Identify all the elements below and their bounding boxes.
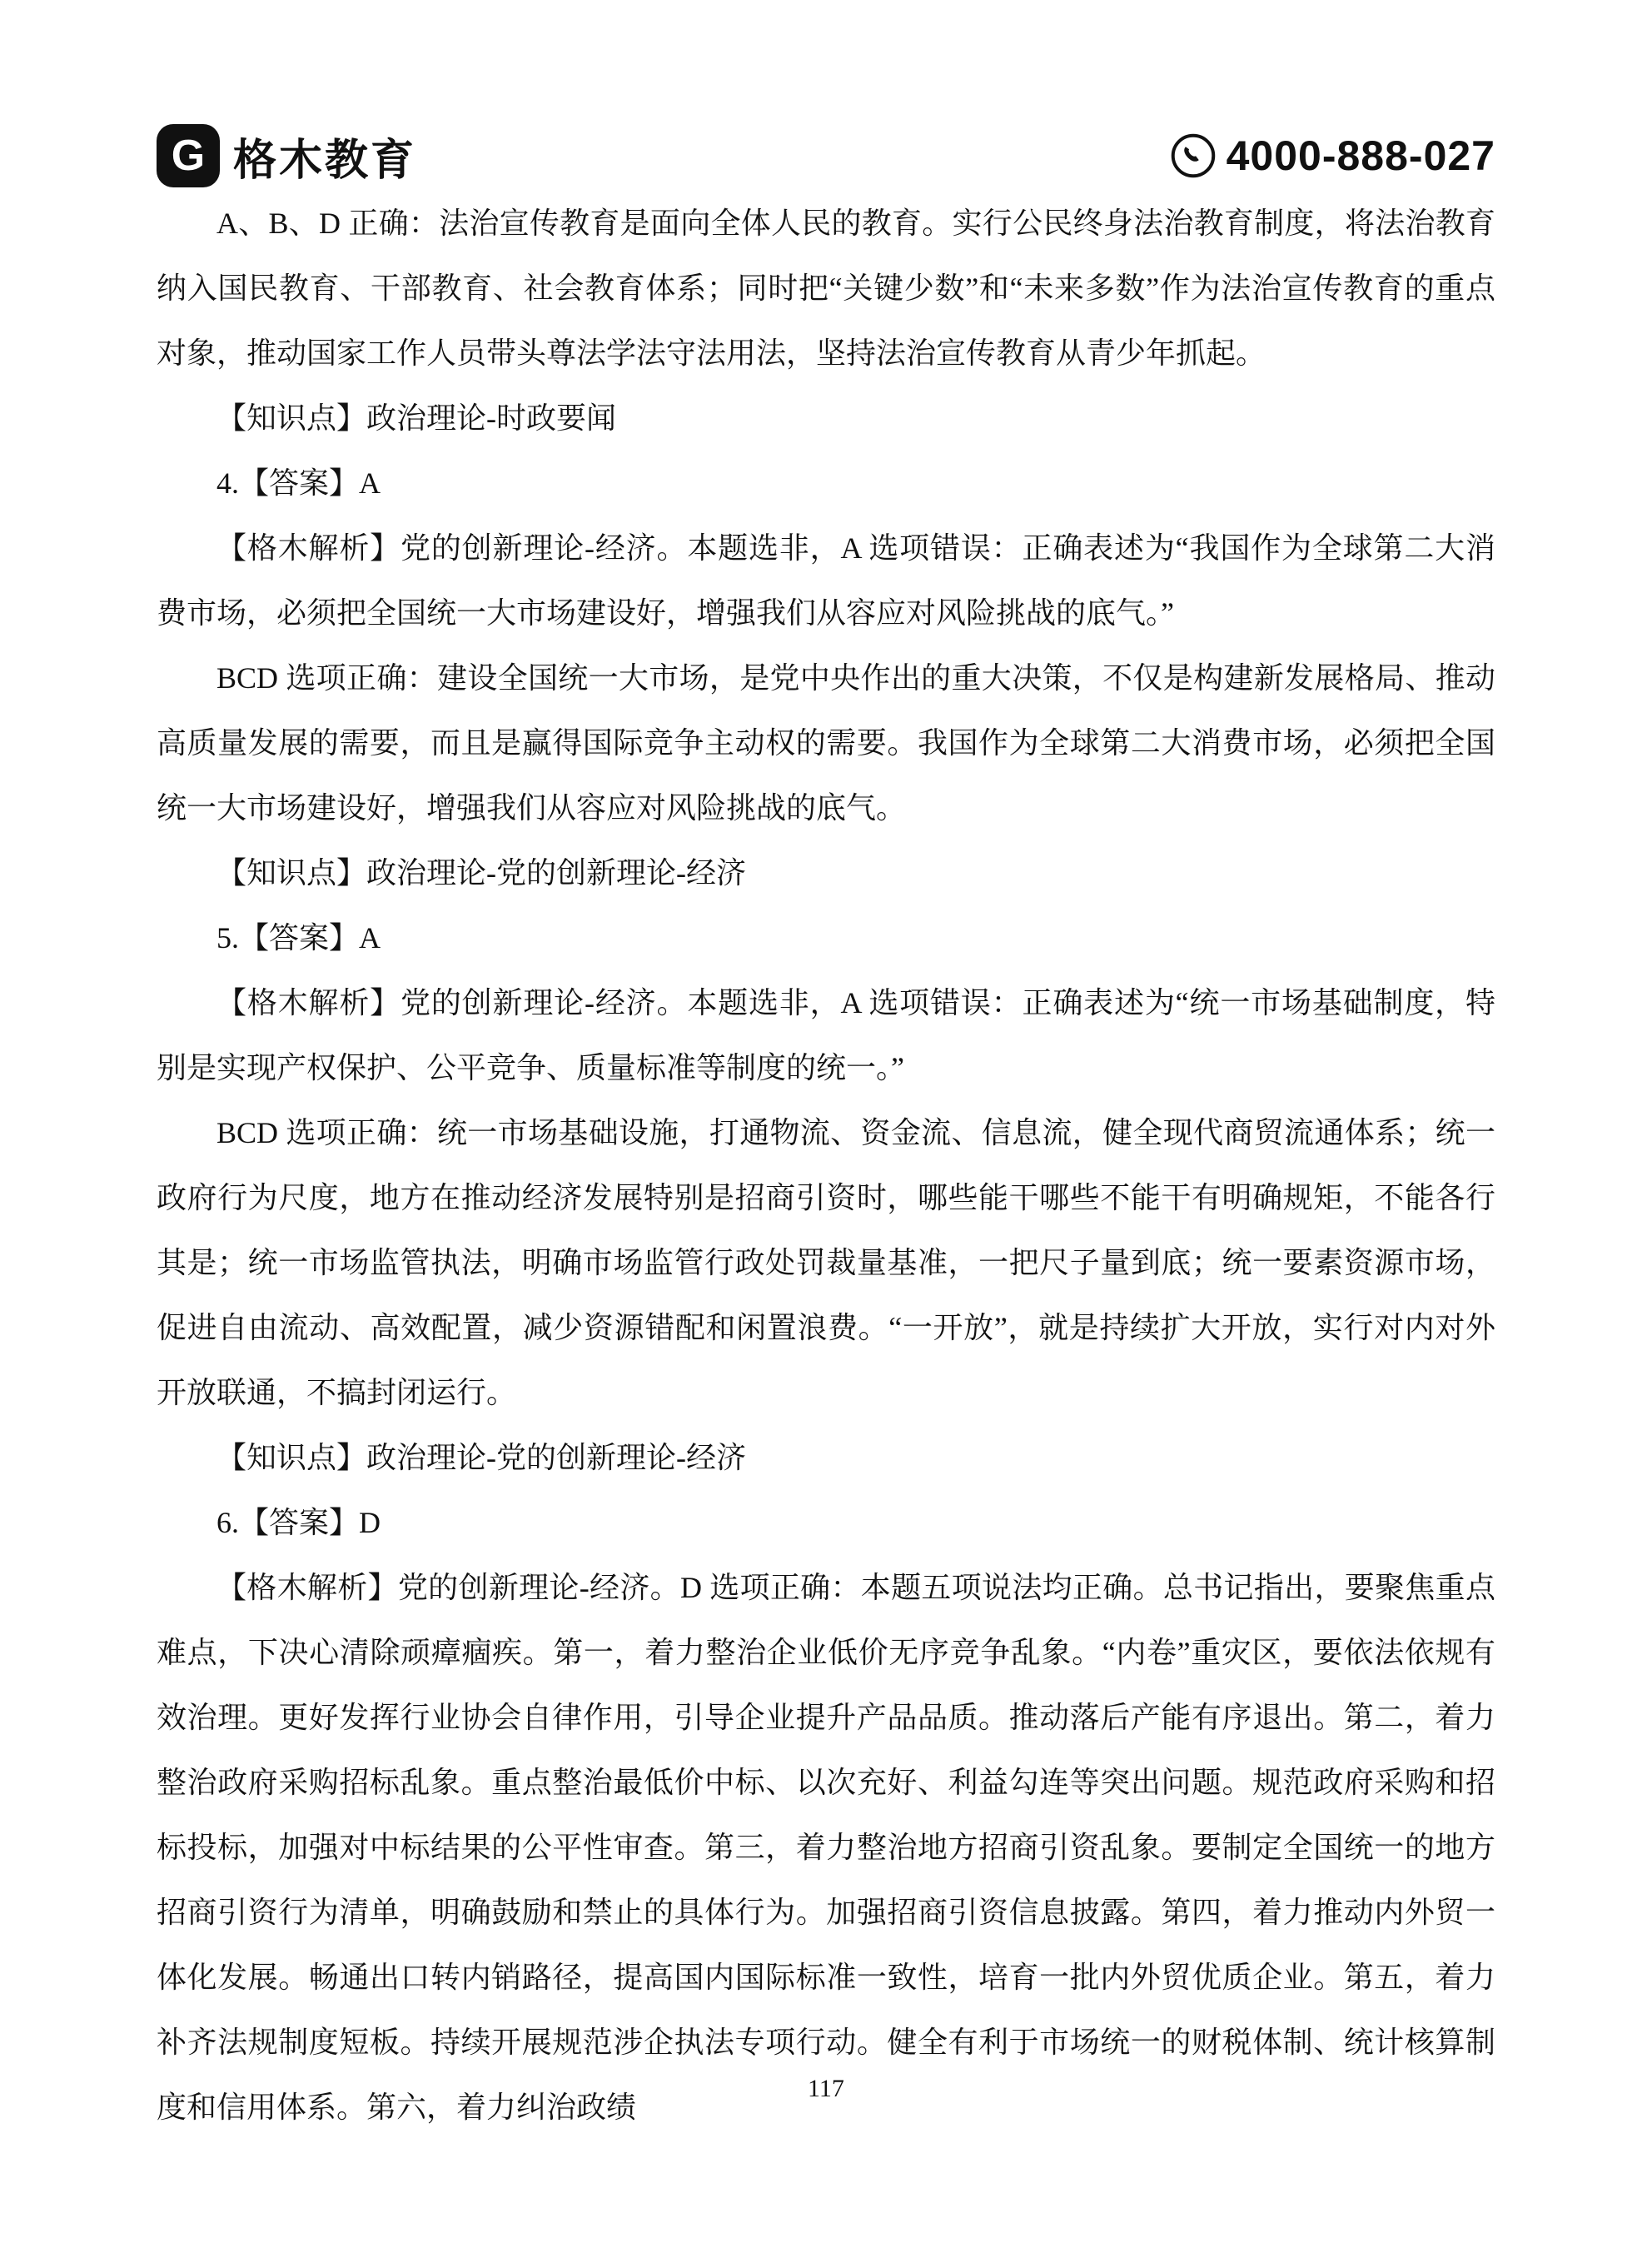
paragraph-q6-analysis: 【格木解析】党的创新理论-经济。D 选项正确：本题五项说法均正确。总书记指出，要… <box>157 1555 1495 2140</box>
paragraph-q6-answer: 6.【答案】D <box>157 1490 1495 1555</box>
gemu-logo-icon: G <box>157 124 220 187</box>
paragraph-q4-analysis: 【格木解析】党的创新理论-经济。本题选非，A 选项错误：正确表述为“我国作为全球… <box>157 516 1495 645</box>
paragraph-knowledge-point-3: 【知识点】政治理论-党的创新理论-经济 <box>157 1425 1495 1490</box>
page-header: G 格木教育 4000-888-027 <box>157 122 1495 190</box>
answer-explanations: A、B、D 正确：法治宣传教育是面向全体人民的教育。实行公民终身法治教育制度，将… <box>157 191 1495 2140</box>
phone-contact: 4000-888-027 <box>1170 132 1495 180</box>
page-footer: 117 <box>0 2071 1652 2107</box>
paragraph-q5-bcd-correct: BCD 选项正确：统一市场基础设施，打通物流、资金流、信息流，健全现代商贸流通体… <box>157 1100 1495 1425</box>
paragraph-q4-answer: 4.【答案】A <box>157 451 1495 516</box>
logo-text: 格木教育 <box>233 125 416 187</box>
logo: G 格木教育 <box>157 124 416 187</box>
document-page: G 格木教育 4000-888-027 A、B、D 正确：法治宣传教育是面向全体… <box>0 0 1652 2243</box>
paragraph-knowledge-point-1: 【知识点】政治理论-时政要闻 <box>157 386 1495 451</box>
phone-icon <box>1170 132 1217 179</box>
page-number: 117 <box>808 2075 844 2102</box>
paragraph-q5-answer: 5.【答案】A <box>157 905 1495 970</box>
paragraph-abd-correct: A、B、D 正确：法治宣传教育是面向全体人民的教育。实行公民终身法治教育制度，将… <box>157 191 1495 386</box>
paragraph-q4-bcd-correct: BCD 选项正确：建设全国统一大市场，是党中央作出的重大决策，不仅是构建新发展格… <box>157 645 1495 840</box>
paragraph-q5-analysis: 【格木解析】党的创新理论-经济。本题选非，A 选项错误：正确表述为“统一市场基础… <box>157 970 1495 1100</box>
paragraph-knowledge-point-2: 【知识点】政治理论-党的创新理论-经济 <box>157 840 1495 905</box>
phone-number: 4000-888-027 <box>1227 132 1495 180</box>
